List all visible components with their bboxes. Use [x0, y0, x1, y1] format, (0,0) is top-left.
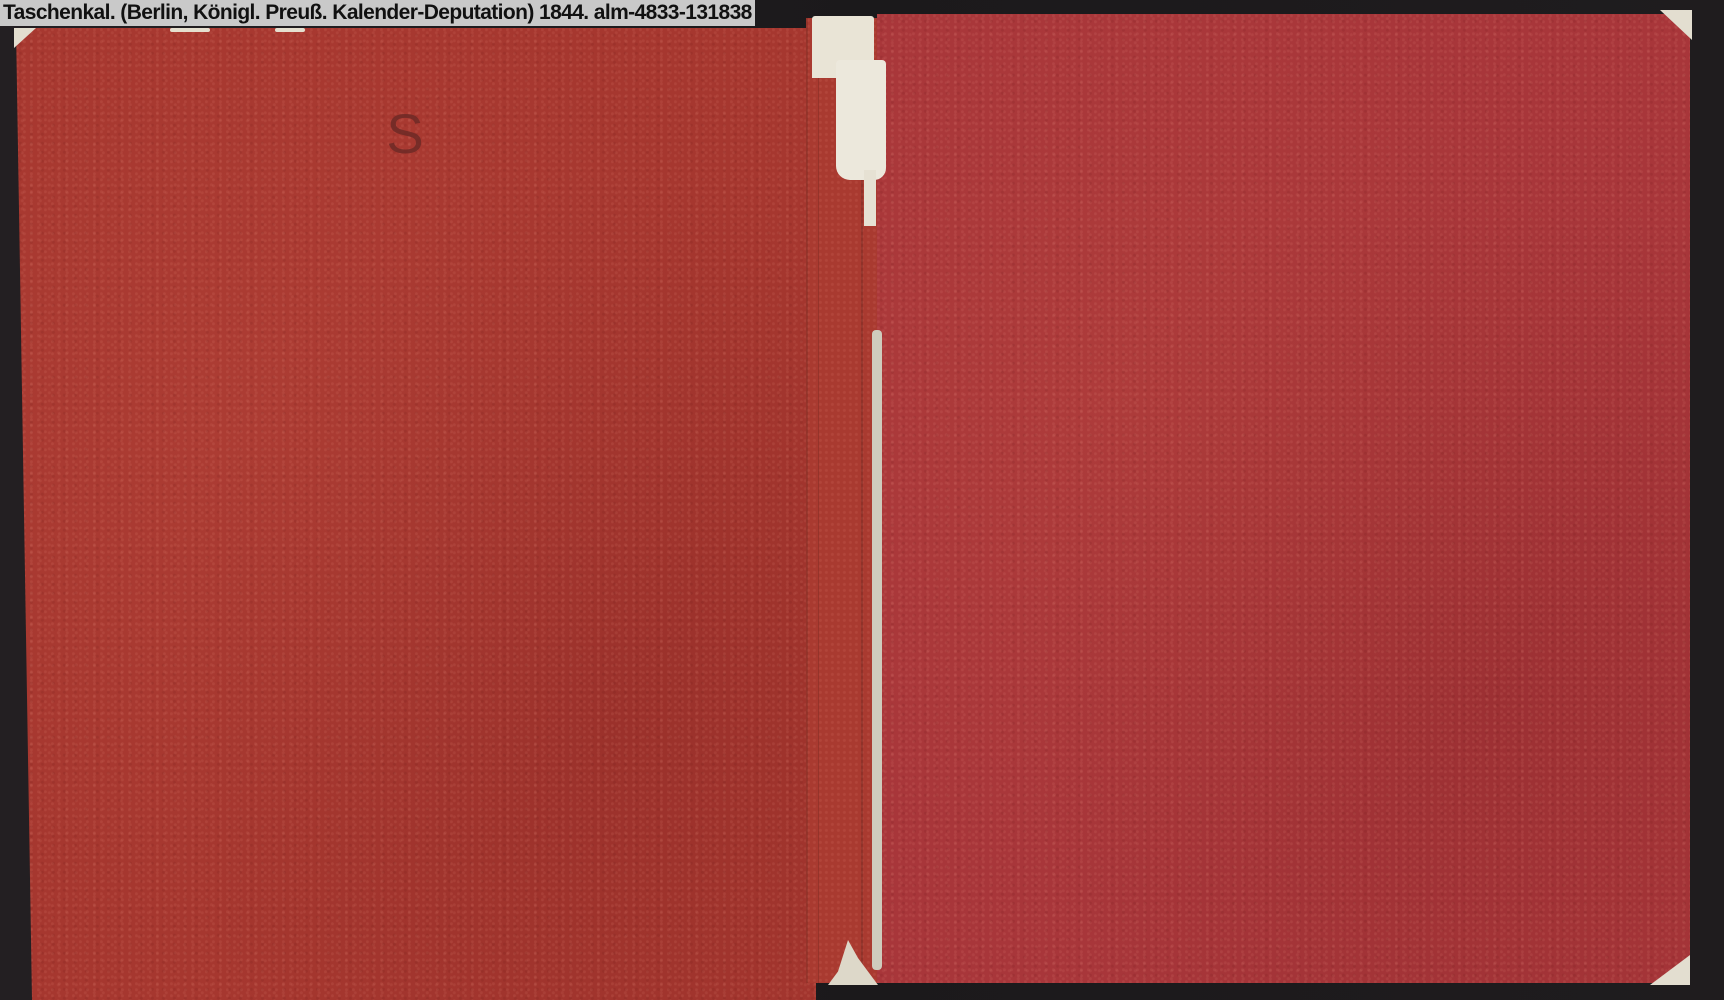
caption-text: Taschenkal. (Berlin, Königl. Preuß. Kale… [3, 1, 752, 25]
spine-tear-strip [864, 170, 876, 226]
pencil-mark-letter: S [380, 104, 430, 164]
book-right-cover [877, 14, 1690, 983]
top-edge-wear [275, 28, 305, 32]
hinge-wear-strip [872, 330, 882, 970]
book-left-cover [16, 28, 816, 1000]
spine-tear-flap [836, 60, 886, 180]
caption-bar: Taschenkal. (Berlin, Königl. Preuß. Kale… [0, 0, 755, 26]
top-edge-wear [170, 28, 210, 32]
